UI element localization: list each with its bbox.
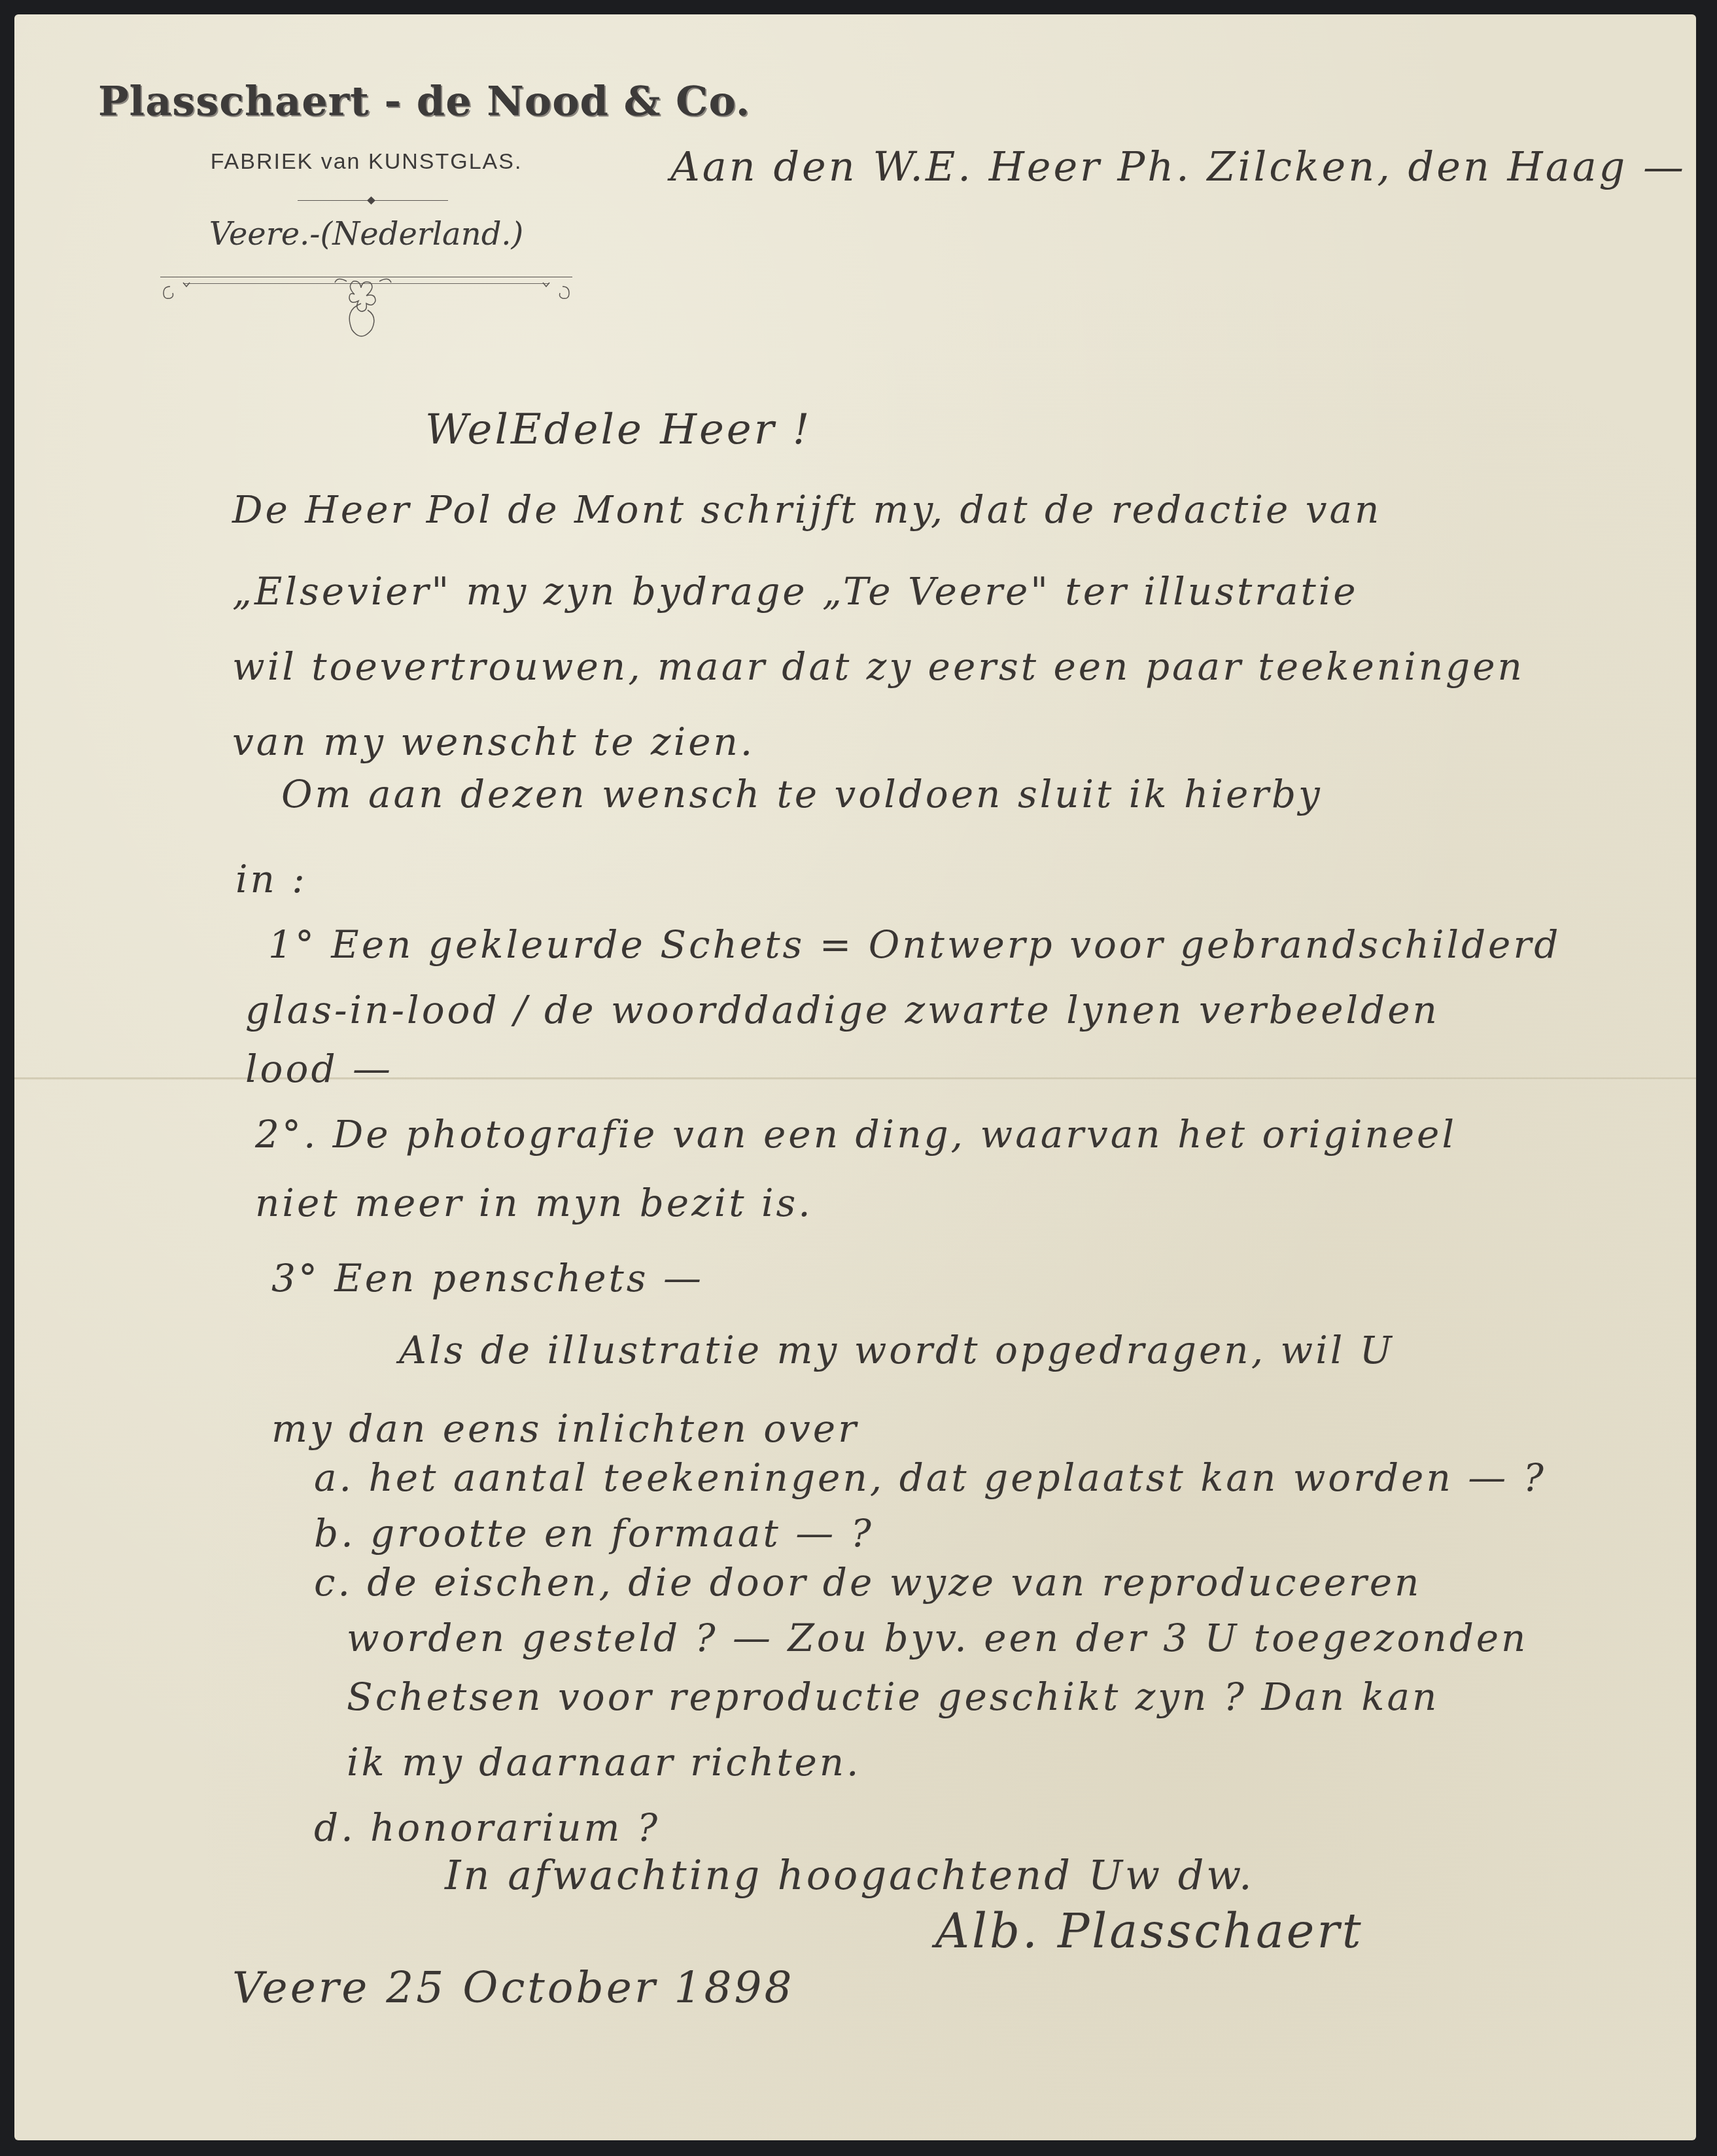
list-item: niet meer in myn bezit is.: [255, 1181, 813, 1225]
question-item: d. honorarium ?: [314, 1805, 660, 1850]
recipient-line: Aan den W.E. Heer Ph. Zilcken, den Haag …: [670, 143, 1686, 190]
body-line: De Heer Pol de Mont schrijft my, dat de …: [232, 487, 1381, 532]
list-item: 2°. De photografie van een ding, waarvan…: [255, 1112, 1457, 1156]
clover-flourish-icon: [157, 275, 576, 340]
letterhead-subtitle: FABRIEK van KUNSTGLAS.: [98, 149, 634, 175]
list-item: glas-in-lood / de woorddadige zwarte lyn…: [245, 988, 1440, 1032]
salutation: WelEdele Heer !: [425, 406, 812, 454]
dateline: Veere 25 October 1898: [232, 1962, 794, 2013]
question-item: c. de eischen, die door de wyze van repr…: [314, 1560, 1421, 1605]
closing-line: In afwachting hoogachtend Uw dw.: [445, 1851, 1255, 1899]
question-item: worden gesteld ? — Zou byv. een der 3 U …: [347, 1616, 1528, 1660]
question-item: a. het aantal teekeningen, dat geplaatst…: [314, 1455, 1546, 1500]
letterhead-place: Veere.-(Nederland.): [98, 216, 634, 252]
question-item: ik my daarnaar richten.: [347, 1740, 861, 1784]
signature: Alb. Plasschaert: [935, 1904, 1364, 1958]
list-item: 1° Een gekleurde Schets = Ontwerp voor g…: [268, 922, 1561, 967]
list-item: 3° Een penschets —: [271, 1256, 704, 1300]
body-line: wil toevertrouwen, maar dat zy eerst een…: [232, 644, 1525, 689]
body-line: Om aan dezen wensch te voldoen sluit ik …: [281, 772, 1323, 816]
body-line: van my wenscht te zien.: [232, 720, 755, 764]
question-item: b. grootte en formaat — ?: [314, 1511, 874, 1556]
diamond-ornament-icon: [298, 198, 448, 204]
list-item: lood —: [245, 1047, 393, 1091]
letterhead-company: Plasschaert - de Nood & Co.: [98, 77, 634, 125]
question-item: Schetsen voor reproductie geschikt zyn ?…: [347, 1675, 1439, 1719]
body-line: in :: [235, 857, 307, 901]
body-line: my dan eens inlichten over: [271, 1406, 859, 1451]
body-line: „Elsevier" my zyn bydrage „Te Veere" ter…: [232, 569, 1359, 614]
body-line: Als de illustratie my wordt opgedragen, …: [399, 1328, 1395, 1372]
